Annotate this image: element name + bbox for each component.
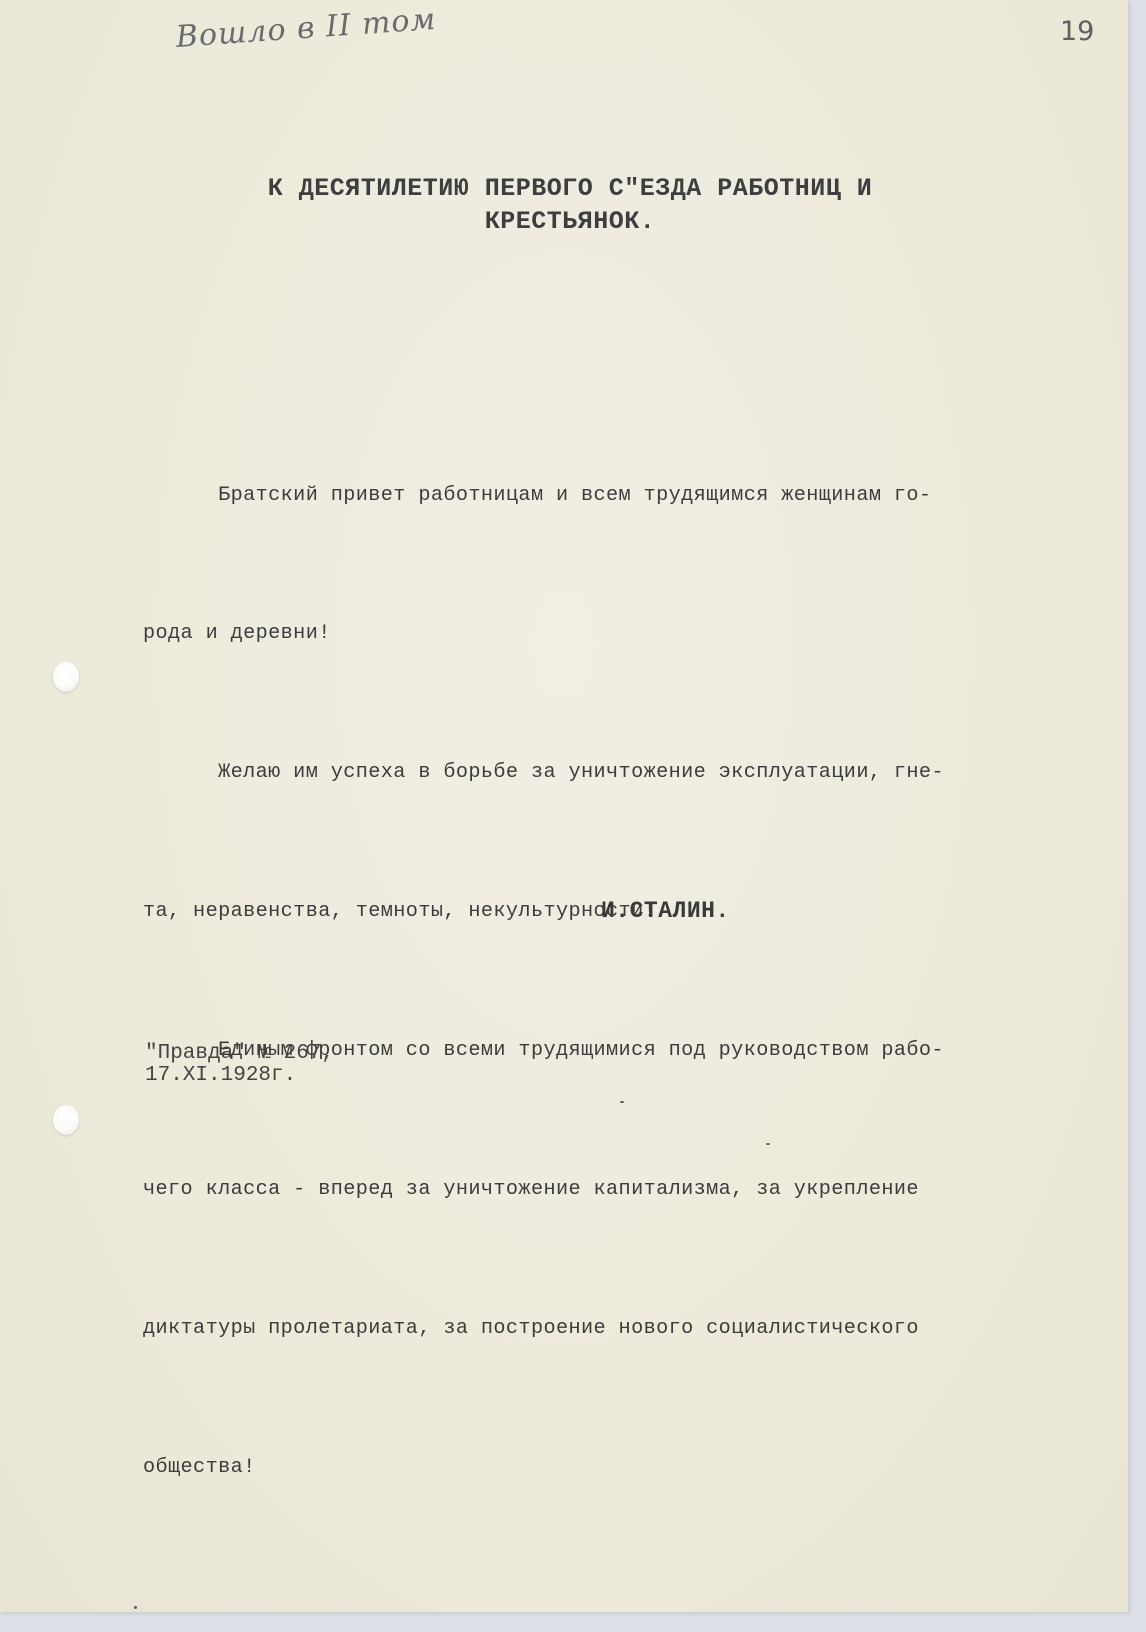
handwritten-annotation: Вошло в II том: [175, 2, 438, 55]
ink-speck: [134, 1606, 137, 1609]
page-number: 19: [1060, 16, 1094, 47]
title-line: К ДЕСЯТИЛЕТИЮ ПЕРВОГО С"ЕЗДА РАБОТНИЦ И: [140, 172, 1000, 205]
source-line: "Правда" № 267,: [145, 1043, 334, 1065]
document-page: Вошло в II том 19 К ДЕСЯТИЛЕТИЮ ПЕРВОГО …: [0, 0, 1128, 1612]
ink-speck: [620, 1101, 624, 1103]
body-line: Братский привет работницам и всем трудящ…: [143, 473, 1103, 519]
title-line: КРЕСТЬЯНОК.: [140, 205, 1000, 238]
document-title: К ДЕСЯТИЛЕТИЮ ПЕРВОГО С"ЕЗДА РАБОТНИЦ И …: [140, 172, 1000, 238]
punch-hole: [53, 1105, 79, 1135]
body-line: общества!: [143, 1445, 1103, 1491]
signature: И.СТАЛИН.: [601, 898, 730, 924]
body-line: чего класса - вперед за уничтожение капи…: [143, 1167, 1103, 1213]
body-line: диктатуры пролетариата, за построение но…: [143, 1306, 1103, 1352]
source-line: 17.XI.1928г.: [145, 1065, 334, 1087]
body-line: рода и деревни!: [143, 611, 1103, 657]
ink-speck: [766, 1143, 770, 1145]
body-line: Желаю им успеха в борьбе за уничтожение …: [143, 750, 1103, 796]
punch-hole: [53, 662, 79, 692]
document-body: Братский привет работницам и всем трудящ…: [143, 380, 1103, 1584]
source-citation: "Правда" № 267, 17.XI.1928г.: [145, 1043, 334, 1087]
